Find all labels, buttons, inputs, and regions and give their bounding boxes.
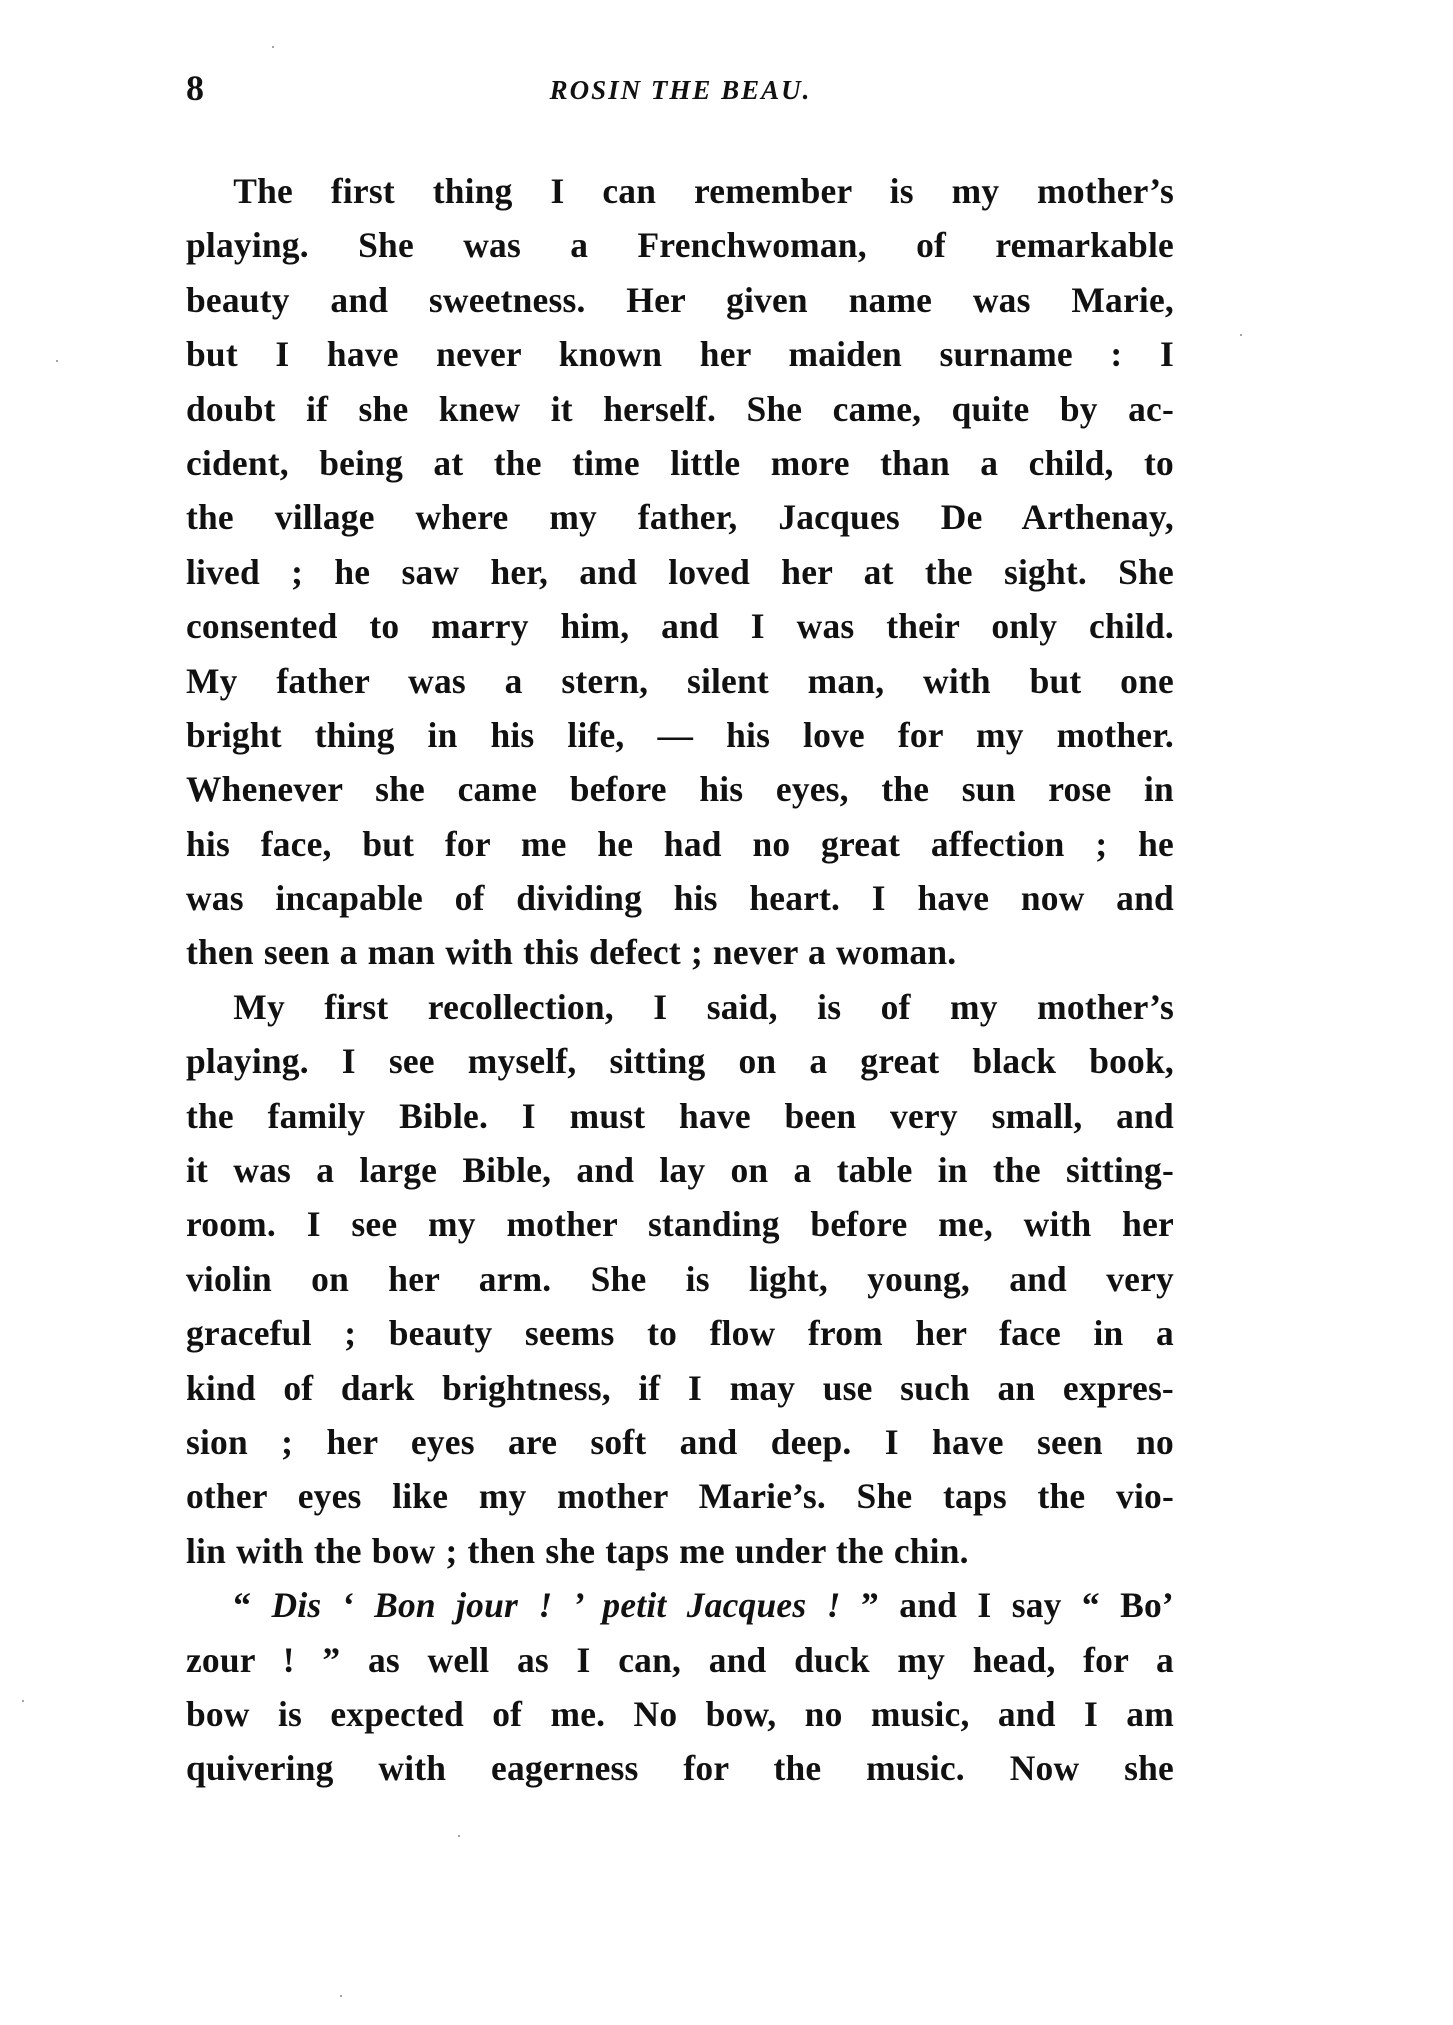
text-line: My first recollection, I said, is of my … — [186, 980, 1174, 1034]
text-line: doubt if she knew it herself. She came, … — [186, 382, 1174, 436]
line-rest: ” and I say “ Bo’ — [841, 1585, 1174, 1625]
text-line: The first thing I can remember is my mot… — [186, 164, 1174, 218]
text-line: kind of dark brightness, if I may use su… — [186, 1361, 1174, 1415]
text-line: playing. She was a Frenchwoman, of remar… — [186, 218, 1174, 272]
scan-speck — [272, 46, 274, 48]
text-line: bright thing in his life, — his love for… — [186, 708, 1174, 762]
text-line: then seen a man with this defect ; never… — [186, 925, 1174, 979]
text-line: graceful ; beauty seems to flow from her… — [186, 1306, 1174, 1360]
text-line-dialogue: “ Dis ‘ Bon jour ! ’ petit Jacques ! ” a… — [186, 1578, 1174, 1632]
scan-speck — [56, 360, 58, 362]
text-line: Whenever she came before his eyes, the s… — [186, 762, 1174, 816]
text-line: cident, being at the time little more th… — [186, 436, 1174, 490]
scan-speck — [1240, 334, 1242, 336]
running-title: ROSIN THE BEAU. — [186, 66, 1189, 114]
book-page: 8 ROSIN THE BEAU. The first thing I can … — [0, 0, 1453, 2025]
text-line: lived ; he saw her, and loved her at the… — [186, 545, 1174, 599]
open-quote: “ — [233, 1585, 271, 1625]
text-line: playing. I see myself, sitting on a grea… — [186, 1034, 1174, 1088]
text-line: beauty and sweetness. Her given name was… — [186, 273, 1174, 327]
text-line: quivering with eagerness for the music. … — [186, 1741, 1174, 1795]
scan-speck — [22, 1700, 24, 1702]
text-line: room. I see my mother standing before me… — [186, 1197, 1174, 1251]
text-line: the village where my father, Jacques De … — [186, 490, 1174, 544]
text-line: the family Bible. I must have been very … — [186, 1089, 1174, 1143]
text-line: it was a large Bible, and lay on a table… — [186, 1143, 1174, 1197]
text-line: his face, but for me he had no great aff… — [186, 817, 1174, 871]
text-line: lin with the bow ; then she taps me unde… — [186, 1524, 1174, 1578]
text-line: was incapable of dividing his heart. I h… — [186, 871, 1174, 925]
text-line: sion ; her eyes are soft and deep. I hav… — [186, 1415, 1174, 1469]
text-line: My father was a stern, silent man, with … — [186, 654, 1174, 708]
text-line: other eyes like my mother Marie’s. She t… — [186, 1469, 1174, 1523]
scan-speck — [458, 1835, 460, 1837]
body-text: The first thing I can remember is my mot… — [186, 164, 1174, 1796]
scan-speck — [340, 1995, 342, 1997]
text-line: but I have never known her maiden surnam… — [186, 327, 1174, 381]
text-line: consented to marry him, and I was their … — [186, 599, 1174, 653]
text-line: violin on her arm. She is light, young, … — [186, 1252, 1174, 1306]
text-line: zour ! ” as well as I can, and duck my h… — [186, 1633, 1174, 1687]
italic-speech: Dis ‘ Bon jour ! ’ petit Jacques ! — [272, 1585, 841, 1625]
running-head: 8 ROSIN THE BEAU. — [186, 64, 1189, 112]
text-line: bow is expected of me. No bow, no music,… — [186, 1687, 1174, 1741]
